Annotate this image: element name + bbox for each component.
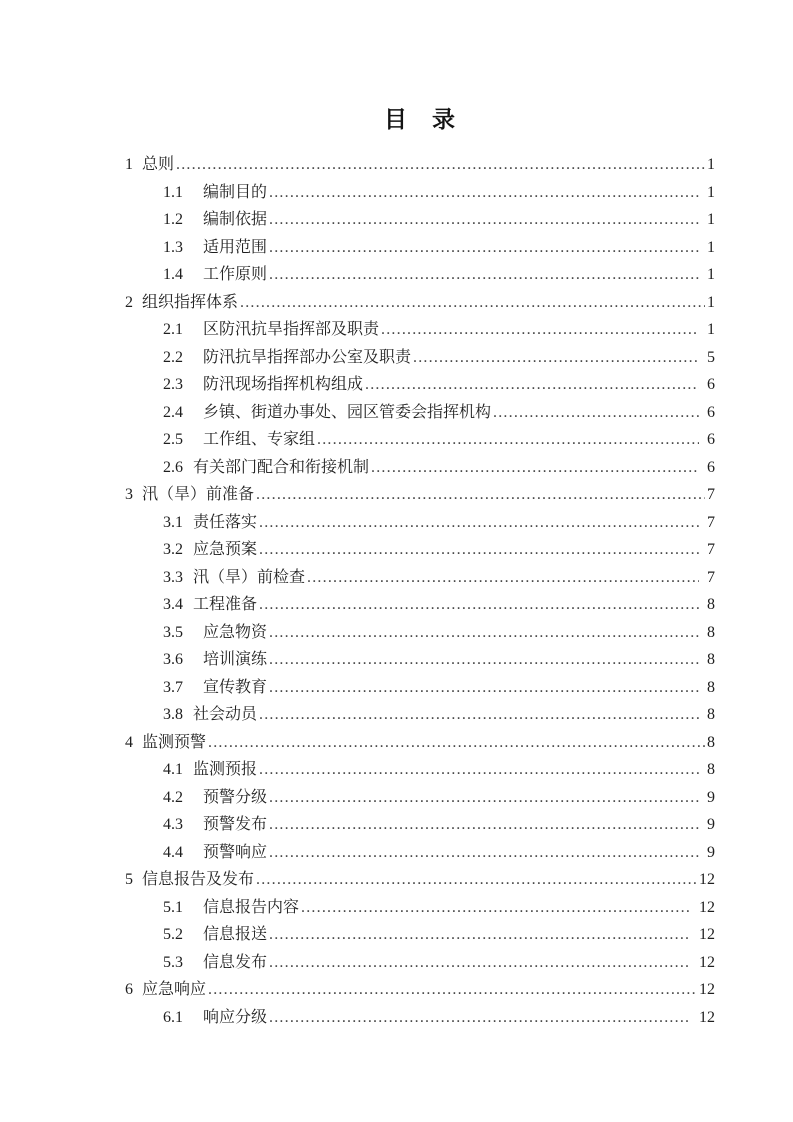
document-page: 目 录 1 总则 1 1.1 编制目的 1 1.2 编制依据 1 1.3 适用范… (0, 0, 793, 1122)
toc-page-number: 12 (699, 926, 715, 944)
toc-list: 1 总则 1 1.1 编制目的 1 1.2 编制依据 1 1.3 适用范围 1 … (125, 151, 715, 1031)
toc-entry-label: 汛（旱）前检查 (193, 564, 305, 587)
toc-entry-label: 信息报告内容 (203, 894, 299, 917)
toc-page-number: 6 (707, 431, 715, 449)
toc-leader-dots (381, 321, 699, 339)
toc-entry[interactable]: 6 应急响应 12 (125, 976, 715, 1004)
toc-leader-dots (371, 459, 699, 477)
toc-page-number: 8 (707, 651, 715, 669)
toc-entry[interactable]: 4.4 预警响应 9 (125, 839, 715, 867)
toc-page-number: 8 (707, 596, 715, 614)
toc-leader-dots (301, 899, 691, 917)
toc-entry[interactable]: 1.4 工作原则 1 (125, 261, 715, 289)
toc-leader-dots (259, 541, 699, 559)
toc-entry[interactable]: 4.2 预警分级 9 (125, 784, 715, 812)
toc-leader-dots (269, 926, 691, 944)
toc-page-number: 6 (707, 376, 715, 394)
toc-entry-label: 社会动员 (193, 701, 257, 724)
toc-leader-dots (269, 679, 699, 697)
toc-entry[interactable]: 2.1 区防汛抗旱指挥部及职责 1 (125, 316, 715, 344)
toc-page-number: 12 (699, 871, 715, 889)
toc-page-number: 12 (699, 954, 715, 972)
toc-entry[interactable]: 3.7 宣传教育 8 (125, 674, 715, 702)
toc-entry-label: 信息报告及发布 (142, 866, 254, 889)
toc-leader-dots (176, 156, 705, 174)
toc-leader-dots (269, 624, 699, 642)
toc-page-number: 7 (707, 486, 715, 504)
toc-entry-number: 5.1 (163, 899, 183, 917)
toc-entry-number: 5.3 (163, 954, 183, 972)
toc-leader-dots (208, 981, 697, 999)
toc-leader-dots (269, 184, 699, 202)
toc-page-number: 12 (699, 1009, 715, 1027)
toc-leader-dots (269, 239, 699, 257)
toc-entry-number: 3.7 (163, 679, 183, 697)
toc-entry-number: 5.2 (163, 926, 183, 944)
toc-entry-label: 总则 (142, 151, 174, 174)
toc-entry-label: 预警分级 (203, 784, 267, 807)
toc-entry-label: 编制目的 (203, 179, 267, 202)
toc-entry-number: 1.2 (163, 211, 183, 229)
toc-entry-label: 编制依据 (203, 206, 267, 229)
toc-page-number: 1 (707, 266, 715, 284)
toc-entry-label: 信息报送 (203, 921, 267, 944)
toc-entry-number: 3.2 (163, 541, 183, 559)
toc-page-number: 1 (707, 294, 715, 312)
toc-leader-dots (256, 871, 697, 889)
toc-entry-label: 乡镇、街道办事处、园区管委会指挥机构 (203, 399, 491, 422)
toc-entry[interactable]: 4.3 预警发布 9 (125, 811, 715, 839)
toc-entry[interactable]: 2.3 防汛现场指挥机构组成 6 (125, 371, 715, 399)
page-title: 目 录 (125, 101, 715, 134)
toc-page-number: 6 (707, 404, 715, 422)
toc-entry-number: 2.4 (163, 404, 183, 422)
toc-page-number: 8 (707, 624, 715, 642)
toc-entry[interactable]: 3.1 责任落实 7 (125, 509, 715, 537)
toc-entry[interactable]: 1.2 编制依据 1 (125, 206, 715, 234)
toc-entry[interactable]: 4.1 监测预报 8 (125, 756, 715, 784)
toc-entry[interactable]: 3.8 社会动员 8 (125, 701, 715, 729)
toc-entry-number: 4 (125, 734, 133, 752)
toc-entry-number: 4.3 (163, 816, 183, 834)
toc-entry[interactable]: 5 信息报告及发布 12 (125, 866, 715, 894)
toc-entry-number: 2.5 (163, 431, 183, 449)
toc-entry-label: 应急响应 (142, 976, 206, 999)
toc-page-number: 1 (707, 321, 715, 339)
toc-entry[interactable]: 3.2 应急预案 7 (125, 536, 715, 564)
toc-entry-label: 工作原则 (203, 261, 267, 284)
toc-leader-dots (317, 431, 699, 449)
toc-entry-number: 3.3 (163, 569, 183, 587)
toc-entry-label: 防汛现场指挥机构组成 (203, 371, 363, 394)
toc-page-number: 1 (707, 156, 715, 174)
toc-page-number: 8 (707, 706, 715, 724)
toc-entry-label: 应急物资 (203, 619, 267, 642)
toc-entry[interactable]: 3 汛（旱）前准备 7 (125, 481, 715, 509)
toc-leader-dots (269, 844, 699, 862)
toc-entry-number: 1.1 (163, 184, 183, 202)
toc-entry[interactable]: 1 总则 1 (125, 151, 715, 179)
toc-entry-label: 工程准备 (193, 591, 257, 614)
toc-page-number: 7 (707, 541, 715, 559)
toc-entry[interactable]: 3.4 工程准备 8 (125, 591, 715, 619)
toc-entry-number: 1.4 (163, 266, 183, 284)
toc-entry-number: 2 (125, 294, 133, 312)
toc-entry[interactable]: 5.2 信息报送 12 (125, 921, 715, 949)
toc-entry[interactable]: 2.2 防汛抗旱指挥部办公室及职责 5 (125, 344, 715, 372)
toc-entry-number: 2.1 (163, 321, 183, 339)
toc-entry-label: 适用范围 (203, 234, 267, 257)
toc-leader-dots (413, 349, 699, 367)
toc-leader-dots (240, 294, 705, 312)
toc-entry-number: 1 (125, 156, 133, 174)
toc-entry[interactable]: 3.6 培训演练 8 (125, 646, 715, 674)
toc-leader-dots (208, 734, 705, 752)
toc-entry-number: 3.4 (163, 596, 183, 614)
toc-page-number: 12 (699, 899, 715, 917)
toc-entry[interactable]: 2.6 有关部门配合和衔接机制 6 (125, 454, 715, 482)
toc-page-number: 9 (707, 816, 715, 834)
toc-page-number: 9 (707, 789, 715, 807)
toc-leader-dots (269, 816, 699, 834)
toc-entry[interactable]: 5.1 信息报告内容 12 (125, 894, 715, 922)
toc-entry-label: 有关部门配合和衔接机制 (193, 454, 369, 477)
toc-entry-number: 5 (125, 871, 133, 889)
toc-entry-number: 4.1 (163, 761, 183, 779)
toc-entry-label: 监测预警 (142, 729, 206, 752)
toc-entry-label: 区防汛抗旱指挥部及职责 (203, 316, 379, 339)
toc-leader-dots (256, 486, 705, 504)
toc-entry[interactable]: 2 组织指挥体系 1 (125, 289, 715, 317)
toc-entry-number: 2.6 (163, 459, 183, 477)
toc-entry-number: 4.2 (163, 789, 183, 807)
toc-entry-label: 责任落实 (193, 509, 257, 532)
toc-leader-dots (259, 706, 699, 724)
toc-entry-label: 汛（旱）前准备 (142, 481, 254, 504)
toc-entry-label: 信息发布 (203, 949, 267, 972)
toc-page-number: 1 (707, 211, 715, 229)
toc-page-number: 8 (707, 761, 715, 779)
toc-page-number: 5 (707, 349, 715, 367)
toc-entry-label: 培训演练 (203, 646, 267, 669)
toc-entry-number: 6 (125, 981, 133, 999)
toc-entry[interactable]: 2.5 工作组、专家组 6 (125, 426, 715, 454)
toc-leader-dots (365, 376, 699, 394)
toc-leader-dots (259, 761, 699, 779)
toc-page-number: 8 (707, 734, 715, 752)
toc-leader-dots (269, 789, 699, 807)
toc-page-number: 1 (707, 184, 715, 202)
toc-entry-number: 3.6 (163, 651, 183, 669)
toc-entry-label: 宣传教育 (203, 674, 267, 697)
toc-leader-dots (259, 514, 699, 532)
toc-entry-number: 6.1 (163, 1009, 183, 1027)
toc-entry[interactable]: 6.1 响应分级 12 (125, 1004, 715, 1032)
toc-entry[interactable]: 1.1 编制目的 1 (125, 179, 715, 207)
toc-entry-label: 组织指挥体系 (142, 289, 238, 312)
toc-entry[interactable]: 1.3 适用范围 1 (125, 234, 715, 262)
toc-leader-dots (259, 596, 699, 614)
toc-entry-number: 3.5 (163, 624, 183, 642)
toc-entry-number: 3.8 (163, 706, 183, 724)
toc-page-number: 8 (707, 679, 715, 697)
toc-page-number: 12 (699, 981, 715, 999)
toc-leader-dots (269, 954, 691, 972)
toc-page-number: 7 (707, 514, 715, 532)
toc-entry-label: 防汛抗旱指挥部办公室及职责 (203, 344, 411, 367)
toc-entry-number: 1.3 (163, 239, 183, 257)
toc-entry-label: 预警响应 (203, 839, 267, 862)
toc-entry[interactable]: 5.3 信息发布 12 (125, 949, 715, 977)
toc-entry[interactable]: 3.3 汛（旱）前检查 7 (125, 564, 715, 592)
toc-entry-label: 预警发布 (203, 811, 267, 834)
toc-leader-dots (269, 1009, 691, 1027)
toc-leader-dots (269, 211, 699, 229)
toc-entry[interactable]: 2.4 乡镇、街道办事处、园区管委会指挥机构 6 (125, 399, 715, 427)
toc-entry-label: 应急预案 (193, 536, 257, 559)
toc-entry[interactable]: 3.5 应急物资 8 (125, 619, 715, 647)
toc-leader-dots (269, 651, 699, 669)
toc-leader-dots (307, 569, 699, 587)
toc-entry-number: 2.2 (163, 349, 183, 367)
toc-entry-number: 3.1 (163, 514, 183, 532)
toc-page-number: 1 (707, 239, 715, 257)
toc-entry-label: 监测预报 (193, 756, 257, 779)
toc-entry-label: 响应分级 (203, 1004, 267, 1027)
toc-page-number: 7 (707, 569, 715, 587)
toc-page-number: 6 (707, 459, 715, 477)
toc-leader-dots (269, 266, 699, 284)
toc-entry-number: 3 (125, 486, 133, 504)
toc-entry-number: 4.4 (163, 844, 183, 862)
toc-entry[interactable]: 4 监测预警 8 (125, 729, 715, 757)
toc-entry-number: 2.3 (163, 376, 183, 394)
toc-page-number: 9 (707, 844, 715, 862)
toc-leader-dots (493, 404, 699, 422)
toc-entry-label: 工作组、专家组 (203, 426, 315, 449)
